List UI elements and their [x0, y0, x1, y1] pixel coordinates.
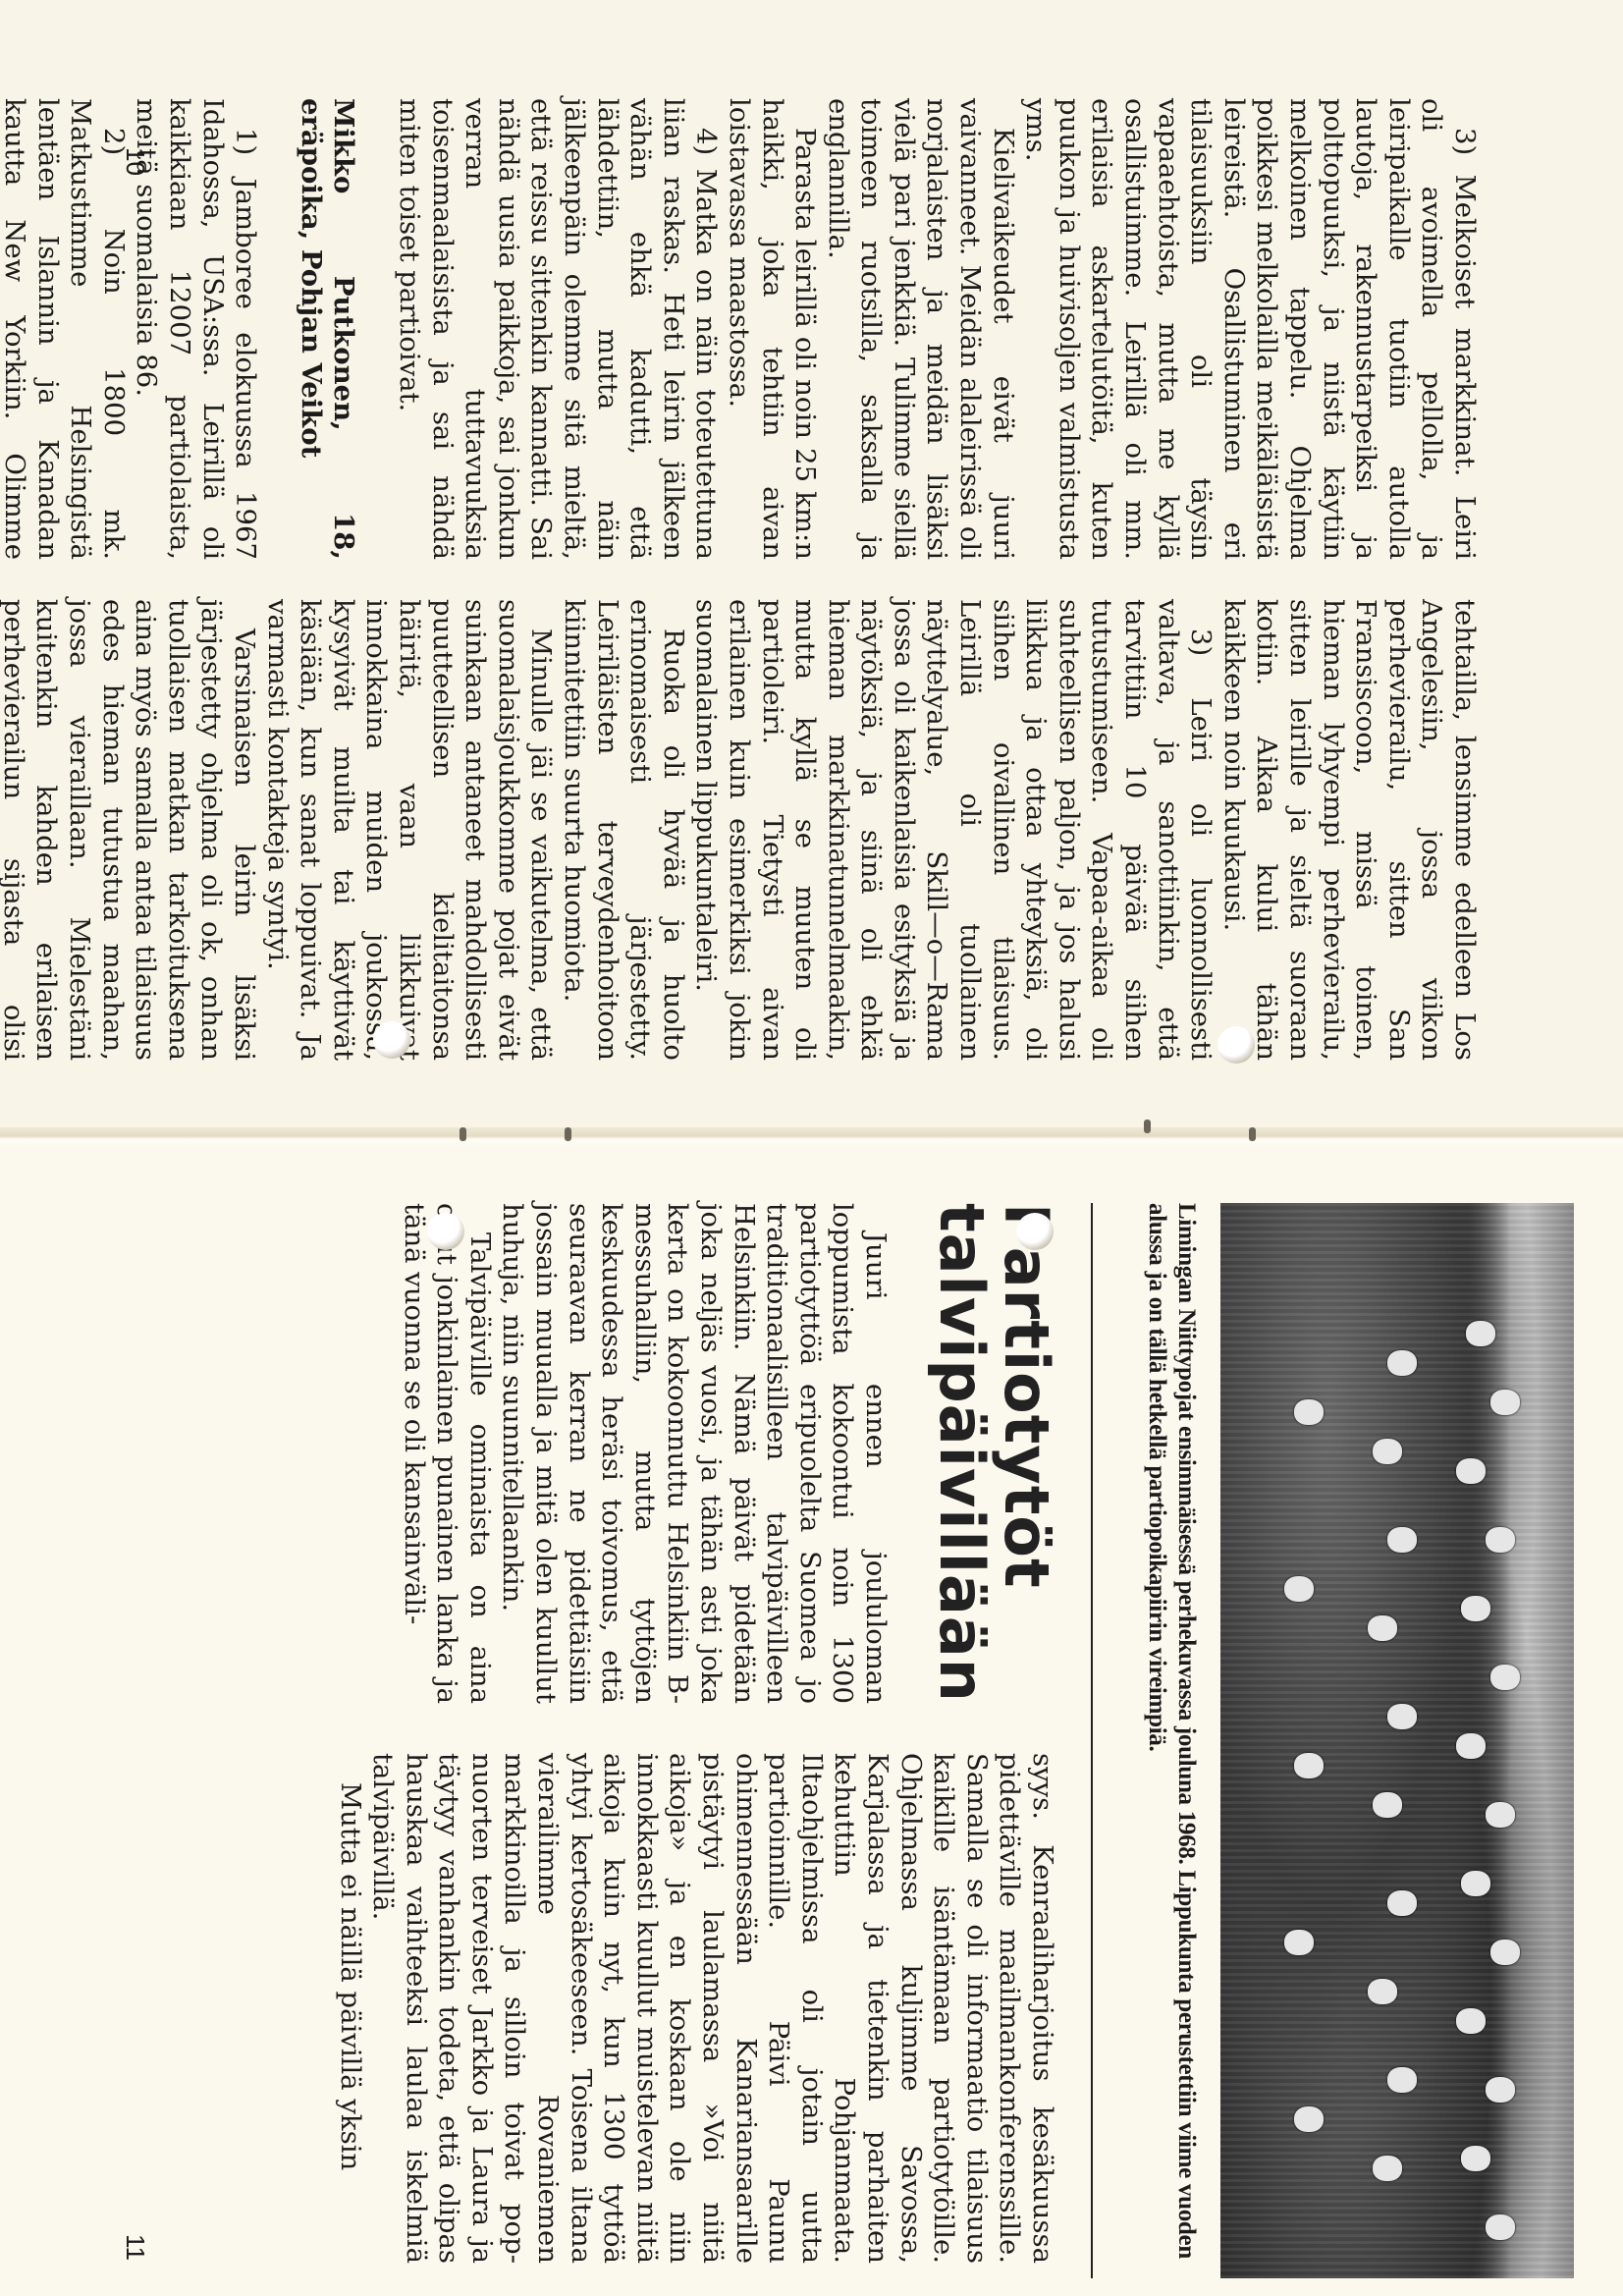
paragraph: tehtailla, lensimme edelleen Los Angeles…: [1217, 599, 1481, 1061]
page11-column-2: syys. Kenraaliharjoitus kesäkuussa pidet…: [333, 1753, 1058, 2264]
photo-face: [1466, 1321, 1495, 1346]
paragraph: Parasta leirillä oli noin 25 km:n haikki…: [722, 98, 821, 560]
photo-face: [1456, 1458, 1486, 1484]
page10-column-2: tehtailla, lensimme edelleen Los Angeles…: [0, 599, 1481, 1061]
photo-face: [1387, 1350, 1417, 1376]
page-number: 11: [120, 2234, 150, 2261]
page11-column-1: Juuri ennen joululoman loppumista kokoon…: [397, 1203, 892, 1704]
photo-caption: Limingan Niittypojat ensimmäisessä perhe…: [1142, 1203, 1201, 2278]
photo-face: [1294, 1753, 1324, 1778]
staple-icon: [1249, 1127, 1256, 1141]
caption-divider: [1091, 1203, 1093, 2278]
article-headline: Partiotytöt talvipäivillään: [929, 1203, 1058, 1714]
photo-face: [1461, 1871, 1490, 1896]
photo-face: [1486, 2214, 1515, 2240]
paragraph: Talvipäiville ominaista on aina ollut jo…: [397, 1203, 496, 1704]
punch-hole: [373, 1021, 410, 1059]
photo-face: [1456, 2008, 1486, 2034]
staple-icon: [460, 1127, 466, 1141]
page-11: Limingan Niittypojat ensimmäisessä perhe…: [0, 1144, 1623, 2293]
headline-line-2: talvipäivillään: [929, 1203, 994, 1714]
punch-hole: [1016, 1213, 1054, 1250]
paragraph: syys. Kenraaliharjoitus kesäkuussa pidet…: [366, 1753, 1058, 2264]
photo-face: [1490, 1940, 1520, 1965]
photo-face: [1486, 2077, 1515, 2103]
paragraph: Varsinaisen leirin lisäksi järjestetty o…: [0, 599, 260, 1061]
photo-face: [1387, 1704, 1417, 1729]
photo-face: [1294, 2106, 1324, 2132]
photo-face: [1486, 1527, 1515, 1553]
paragraph: Mutta ei näillä päivillä yksin: [333, 1753, 366, 2264]
headline-line-1: Partiotytöt: [994, 1203, 1058, 1714]
photo-face: [1486, 1802, 1515, 1828]
paragraph: Juuri ennen joululoman loppumista kokoon…: [496, 1203, 892, 1704]
photo-face: [1294, 1399, 1324, 1425]
photo-face: [1284, 1576, 1314, 1602]
punch-hole: [1217, 1026, 1255, 1064]
paragraph: 3) Leiri oli luonnollisesti valtava, ja …: [689, 599, 1217, 1061]
paragraph: 2) Noin 1800 mk. Matkustimme Helsingistä…: [0, 98, 130, 560]
photo-face: [1387, 1890, 1417, 1916]
punch-hole: [427, 1213, 464, 1250]
page-10: 3) Melkoiset markkinat. Leiri oli avoime…: [0, 0, 1623, 1129]
page-number: 10: [120, 147, 150, 176]
photo-face: [1373, 1792, 1402, 1818]
paragraph: 4) Matka on näin toteutettuna liian rask…: [392, 98, 722, 560]
photo-face: [1284, 1930, 1314, 1955]
photo-face: [1461, 2146, 1490, 2171]
group-photo: [1220, 1203, 1574, 2278]
photo-face: [1490, 1665, 1520, 1690]
paragraph: Kielivaikeudet eivät juuri vaivanneet. M…: [821, 98, 1019, 560]
photo-face: [1456, 1733, 1486, 1759]
photo-face: [1368, 1979, 1397, 2004]
paragraph: 3) Melkoiset markkinat. Leiri oli avoime…: [1019, 98, 1481, 560]
photo-face: [1490, 1390, 1520, 1415]
photo-face: [1387, 2067, 1417, 2093]
paragraph: Minulle jäi se vaikutelma, että suomalai…: [260, 599, 557, 1061]
staple-icon: [565, 1127, 571, 1141]
photo-face: [1387, 1527, 1417, 1553]
author-signature: Mikko Putkonen, 18, eräpoika, Pohjan Vei…: [294, 98, 359, 560]
photo-face: [1373, 2156, 1402, 2181]
page10-column-1: 3) Melkoiset markkinat. Leiri oli avoime…: [0, 98, 1481, 560]
photo-face: [1373, 1439, 1402, 1464]
photo-face: [1461, 1596, 1490, 1621]
photo-face: [1368, 1615, 1397, 1641]
paragraph: Ruoka oli hyvää ja huolto erinomaisesti …: [557, 599, 688, 1061]
